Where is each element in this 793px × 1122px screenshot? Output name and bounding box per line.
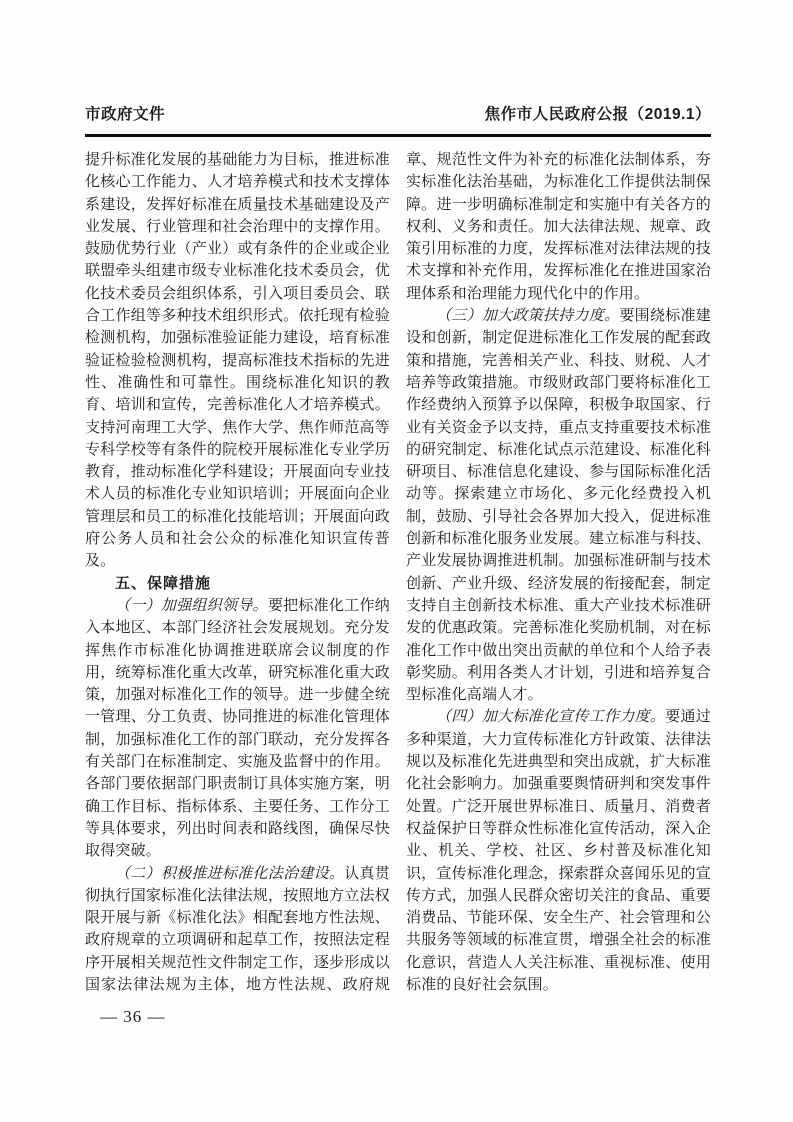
text-line: 发的优惠政策。完善标准化奖励机制，对在标 [406, 617, 711, 639]
text-line: 一管理、分工负责、协同推进的标准化管理体 [85, 706, 390, 728]
text-line: 合工作组等多种技术组织形式。依托现有检验 [85, 305, 390, 327]
text-line: 育、培训和宣传，完善标准化人才培养模式。 [85, 394, 390, 416]
text-line: 规以及标准化先进典型和突出成就，扩大标准 [406, 751, 711, 773]
left-column: 提升标准化发展的基础能力为目标，推进标准化核心工作能力、人才培养模式和技术支撑体… [85, 149, 390, 996]
text-line: 确工作目标、指标体系、主要任务、工作分工 [85, 796, 390, 818]
text-line: 设和创新，制定促进标准化工作发展的配套政 [406, 327, 711, 349]
header-right-title: 焦作市人民政府公报（2019.1） [485, 104, 711, 126]
text-line: 彻执行国家标准化法律法规，按照地方立法权 [85, 885, 390, 907]
page-number: — 36 — [100, 1005, 166, 1029]
text-line: 权益保护日等群众性标准化宣传活动，深入企 [406, 818, 711, 840]
text-line: 化核心工作能力、人才培养模式和技术支撑体 [85, 171, 390, 193]
text-line: 理体系和治理能力现代化中的作用。 [406, 283, 711, 305]
text-line: 化技术委员会组织体系，引入项目委员会、联 [85, 283, 390, 305]
text-line: 检测机构，加强标准验证能力建设，培育标准 [85, 327, 390, 349]
text-line: 制，鼓励、引导社会各界加大投入，促进标准 [406, 506, 711, 528]
text-line: 型标准化高端人才。 [406, 684, 711, 706]
text-line: 专科学校等有条件的院校开展标准化专业学历 [85, 439, 390, 461]
text-line: 彰奖励。利用各类人才计划，引进和培养复合 [406, 662, 711, 684]
header-left-title: 市政府文件 [85, 104, 165, 126]
text-line: 提升标准化发展的基础能力为目标，推进标准 [85, 149, 390, 171]
text-line: 共服务等领域的标准宣贯，增强全社会的标准 [406, 929, 711, 951]
text-line: 等具体要求，列出时间表和路线图，确保尽快 [85, 818, 390, 840]
text-line: 作经费纳入预算予以保障，积极争取国家、行 [406, 394, 711, 416]
text-line: 支持自主创新技术标准、重大产业技术标准研 [406, 595, 711, 617]
text-line: 创新和标准化服务业发展。建立标准与科技、 [406, 528, 711, 550]
text-line: 策和措施，完善相关产业、科技、财税、人才 [406, 350, 711, 372]
text-line: 管理层和员工的标准化技能培训；开展面向政 [85, 506, 390, 528]
text-line: 挥焦作市标准化协调推进联席会议制度的作 [85, 640, 390, 662]
text-line: 障。进一步明确标准制定和实施中有关各方的 [406, 194, 711, 216]
paragraph-lead: （四）加大标准化宣传工作力度。 [436, 709, 665, 725]
text-line: 限开展与新《标准化法》相配套地方性法规、 [85, 907, 390, 929]
header-rule [85, 134, 711, 137]
text-line: 产业发展协调推进机制。加强标准研制与技术 [406, 550, 711, 572]
text-line: 性、准确性和可靠性。围绕标准化知识的教 [85, 372, 390, 394]
text-line: 序开展相关规范性文件制定工作，逐步形成以 [85, 952, 390, 974]
text-line: 权利、义务和责任。加大法律法规、规章、政 [406, 216, 711, 238]
text-line: 入本地区、本部门经济社会发展规划。充分发 [85, 617, 390, 639]
text-line: 创新、产业升级、经济发展的衔接配套，制定 [406, 573, 711, 595]
text-line: 术人员的标准化专业知识培训；开展面向企业 [85, 483, 390, 505]
text-line: 标准的良好社会氛围。 [406, 974, 711, 996]
text-line: 策引用标准的力度，发挥标准对法律法规的技 [406, 238, 711, 260]
text-line: 教育，推动标准化学科建设；开展面向专业技 [85, 461, 390, 483]
right-column: 章、规范性文件为补充的标准化法制体系，夯实标准化法治基础，为标准化工作提供法制保… [406, 149, 711, 996]
section-heading: 五、保障措施 [85, 573, 390, 595]
paragraph-lead: （一）加强组织领导。 [115, 598, 268, 614]
text-line: 业发展、行业管理和社会治理中的支撑作用。 [85, 216, 390, 238]
text-line: 鼓励优势行业（产业）或有条件的企业或企业 [85, 238, 390, 260]
text-line: 业有关资金予以支持，重点支持重要技术标准 [406, 417, 711, 439]
text-line: （三）加大政策扶持力度。要围绕标准建 [406, 305, 711, 327]
text-line: 制，加强标准化工作的部门联动，充分发挥各 [85, 729, 390, 751]
text-line: 支持河南理工大学、焦作大学、焦作师范高等 [85, 417, 390, 439]
text-line: （四）加大标准化宣传工作力度。要通过 [406, 706, 711, 728]
text-line: （二）积极推进标准化法治建设。认真贯 [85, 863, 390, 885]
text-line: 验证检验检测机构，提高标准技术指标的先进 [85, 350, 390, 372]
text-line: 及。 [85, 550, 390, 572]
text-line: 识，宣传标准化理念，探索群众喜闻乐见的宣 [406, 863, 711, 885]
text-line: 消费品、节能环保、安全生产、社会管理和公 [406, 907, 711, 929]
text-line: 处置。广泛开展世界标准日、质量月、消费者 [406, 796, 711, 818]
text-line: 用，统筹标准化重大改革，研究标准化重大政 [85, 662, 390, 684]
text-line: 的研究制定、标准化试点示范建设、标准化科 [406, 439, 711, 461]
text-line: （一）加强组织领导。要把标准化工作纳 [85, 595, 390, 617]
text-line: 动等。探索建立市场化、多元化经费投入机 [406, 483, 711, 505]
document-body: 提升标准化发展的基础能力为目标，推进标准化核心工作能力、人才培养模式和技术支撑体… [85, 149, 711, 996]
text-line: 业、机关、学校、社区、乡村普及标准化知 [406, 840, 711, 862]
text-line: 系建设，发挥好标准在质量技术基础建设及产 [85, 194, 390, 216]
text-line: 研项目、标准信息化建设、参与国际标准化活 [406, 461, 711, 483]
text-line: 联盟牵头组建市级专业标准化技术委员会，优 [85, 260, 390, 282]
text-line: 多种渠道，大力宣传标准化方针政策、法律法 [406, 729, 711, 751]
text-line: 化意识，营造人人关注标准、重视标准、使用 [406, 952, 711, 974]
text-line: 化社会影响力。加强重要舆情研判和突发事件 [406, 773, 711, 795]
paragraph-lead: （二）积极推进标准化法治建设。 [115, 866, 344, 882]
text-line: 府公务人员和社会公众的标准化知识宣传普 [85, 528, 390, 550]
paragraph-lead: （三）加大政策扶持力度。 [436, 308, 619, 324]
text-line: 章、规范性文件为补充的标准化法制体系，夯 [406, 149, 711, 171]
text-line: 各部门要依据部门职责制订具体实施方案，明 [85, 773, 390, 795]
text-line: 政府规章的立项调研和起草工作，按照法定程 [85, 929, 390, 951]
document-page: 市政府文件 焦作市人民政府公报（2019.1） 提升标准化发展的基础能力为目标，… [0, 0, 793, 1122]
text-line: 术支撑和补充作用，发挥标准化在推进国家治 [406, 260, 711, 282]
text-line: 策，加强对标准化工作的领导。进一步健全统 [85, 684, 390, 706]
text-line: 准化工作中做出突出贡献的单位和个人给予表 [406, 640, 711, 662]
page-header: 市政府文件 焦作市人民政府公报（2019.1） [85, 104, 711, 126]
text-line: 国家法律法规为主体，地方性法规、政府规 [85, 974, 390, 996]
text-line: 传方式，加强人民群众密切关注的食品、重要 [406, 885, 711, 907]
text-line: 有关部门在标准制定、实施及监督中的作用。 [85, 751, 390, 773]
text-line: 培养等政策措施。市级财政部门要将标准化工 [406, 372, 711, 394]
text-line: 取得突破。 [85, 840, 390, 862]
text-line: 实标准化法治基础，为标准化工作提供法制保 [406, 171, 711, 193]
